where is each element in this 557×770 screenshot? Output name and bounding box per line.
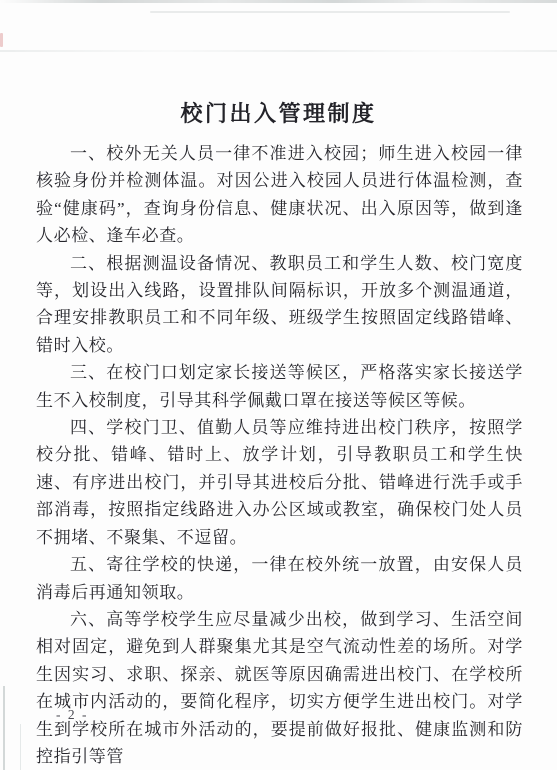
paragraph: 一、校外无关人员一律不准进入校园；师生进入校园一律核验身份并检测体温。对因公进入… bbox=[36, 140, 523, 250]
paragraph: 六、高等学校学生应尽量减少出校，做到学习、生活空间相对固定，避免到人群聚集尤其是… bbox=[36, 606, 523, 770]
paragraph: 五、寄往学校的快递，一律在校外统一放置，由安保人员消毒后再通知领取。 bbox=[36, 551, 523, 606]
document-page: 校门出入管理制度 一、校外无关人员一律不准进入校园；师生进入校园一律核验身份并检… bbox=[0, 0, 557, 770]
scan-artifact-streak bbox=[150, 11, 510, 13]
scan-artifact-vertical-line bbox=[3, 686, 5, 770]
scan-artifact-vertical-line bbox=[20, 724, 21, 770]
scan-artifact-red-mark bbox=[0, 33, 3, 47]
paragraph: 四、学校门卫、值勤人员等应维持进出校门秩序，按照学校分批、错峰、错时上、放学计划… bbox=[36, 414, 523, 551]
document-title: 校门出入管理制度 bbox=[0, 97, 557, 128]
paragraph: 二、根据测温设备情况、教职员工和学生人数、校门宽度等，划设出入线路，设置排队间隔… bbox=[36, 250, 523, 360]
page-number: - 2 - bbox=[56, 707, 89, 723]
paragraph: 三、在校门口划定家长接送等候区，严格落实家长接送学生不入校制度，引导其科学佩戴口… bbox=[36, 359, 523, 414]
scan-artifact-streak bbox=[0, 50, 557, 52]
document-body: 一、校外无关人员一律不准进入校园；师生进入校园一律核验身份并检测体温。对因公进入… bbox=[36, 140, 523, 770]
scan-artifact-top-edge bbox=[0, 0, 557, 3]
